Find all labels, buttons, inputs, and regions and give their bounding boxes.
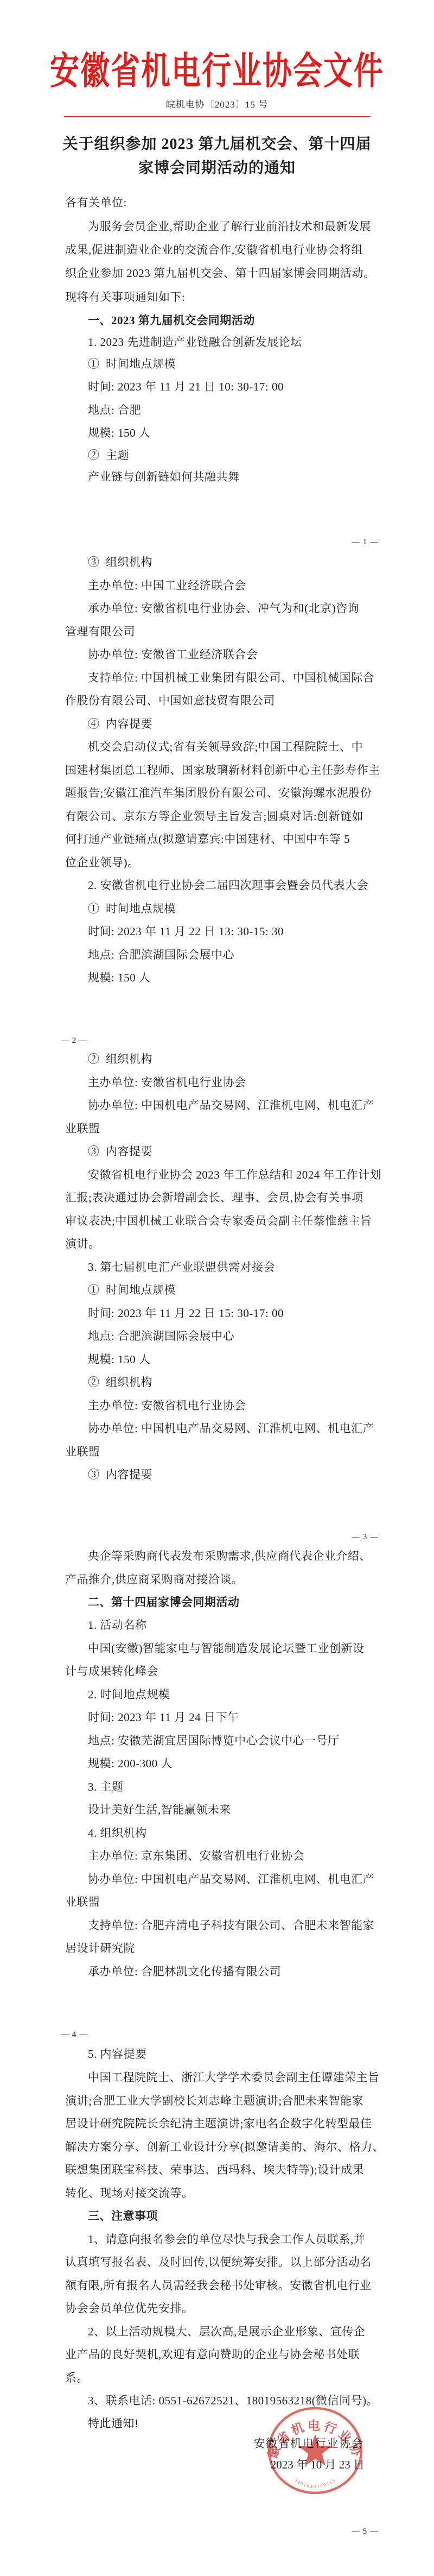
- doc-line: 产品推介,供应商采购商对接洽谈。: [65, 1571, 243, 1588]
- doc-line: 协办单位: 中国机电产品交易网、江淮机电网、机电汇产: [65, 1420, 374, 1437]
- doc-line: 规模: 150 人: [65, 969, 150, 986]
- doc-line: 时间: 2023 年 11 月 24 日下午: [65, 1709, 239, 1726]
- doc-line: 协办单位: 安徽省工业经济联合会: [65, 646, 258, 663]
- doc-line: 设计美好生活,智能赢领未来: [65, 1801, 231, 1818]
- doc-line: 地点: 合肥滨湖国际会展中心: [65, 946, 234, 963]
- section-heading: 一、2023 第九届机交会同期活动: [65, 312, 255, 329]
- doc-line: 汇报;表决通过协会新增副会长、理事、会员,协会有关事项: [65, 1189, 363, 1206]
- doc-line: 转化、现场对接交流等。: [65, 2184, 194, 2202]
- doc-line: 各有关单位:: [65, 194, 127, 211]
- doc-line: ① 时间地点规模: [65, 900, 176, 917]
- doc-line: 1. 活动名称: [65, 1616, 147, 1634]
- doc-line: ③ 组织机构: [65, 553, 152, 571]
- document-title-line1: 关于组织参加 2023 第九届机交会、第十四届: [0, 132, 434, 154]
- doc-line: 2. 时间地点规模: [65, 1686, 170, 1703]
- doc-line: 作股份有限公司、中国如意技贸有限公司: [65, 692, 275, 709]
- doc-line: 支持单位: 中国机械工业集团有限公司、中国机械国际合: [65, 669, 374, 686]
- doc-line: 地点: 合肥滨湖国际会展中心: [65, 1327, 234, 1345]
- doc-line: 有限公司、京东方等企业领导主旨发言;圆桌对话:创新链如: [65, 808, 363, 825]
- doc-line: 国建材集团总工程师、国家玻璃新材料创新中心主任彭寿作主: [65, 761, 380, 779]
- stamp-star-icon: [299, 2434, 332, 2466]
- doc-line: 管理有限公司: [65, 623, 135, 640]
- doc-line: 演讲;合肥工业大学副校长刘志峰主题演讲;合肥未来智能家: [65, 2092, 363, 2109]
- doc-line: 主办单位: 中国工业经济联合会: [65, 577, 246, 594]
- doc-line: 安徽省机电行业协会 2023 年工作总结和 2024 年工作计划: [65, 1166, 381, 1183]
- doc-line: 1. 2023 先进制造产业链融合创新发展论坛: [65, 333, 302, 351]
- doc-line: 系。: [65, 2369, 88, 2386]
- section-heading: 二、第十四届家博会同期活动: [65, 1594, 240, 1611]
- doc-line: 业联盟: [65, 1443, 100, 1460]
- doc-line: 居设计研究院院长余纪清主题演讲;家电名企数字化转型最佳: [65, 2115, 372, 2132]
- doc-line: 中国(安徽)智能家电与智能制造发展论坛暨工业创新设: [65, 1640, 364, 1657]
- doc-line: 业联盟: [65, 1120, 100, 1137]
- page-number: — 3 —: [352, 1533, 379, 1542]
- doc-line: 位企业领导)。: [65, 854, 139, 871]
- doc-line: 3. 第七届机电汇产业联盟供需对接会: [65, 1258, 275, 1276]
- doc-line: 特此通知!: [65, 2415, 139, 2432]
- doc-line: 产业链与创新链如何共融共舞: [65, 468, 240, 486]
- doc-line: 央企等采购商代表发布采购需求,供应商代表企业介绍、: [65, 1547, 371, 1565]
- doc-line: 时间: 2023 年 11 月 21 日 10: 30-17: 00: [65, 378, 284, 395]
- doc-line: 5. 内容提要: [65, 2045, 147, 2063]
- doc-line: ② 组织机构: [65, 1374, 152, 1391]
- doc-line: 3. 主题: [65, 1778, 124, 1796]
- doc-line: 计与成果转化峰会: [65, 1662, 158, 1680]
- doc-line: 规模: 150 人: [65, 1351, 150, 1368]
- doc-line: 时间: 2023 年 11 月 22 日 15: 30-17: 00: [65, 1305, 284, 1322]
- doc-line: 支持单位: 合肥卉清电子科技有限公司、合肥未来智能家: [65, 1917, 374, 1934]
- doc-line: 地点: 安徽芜湖宜居国际博览中心会议中心一号厅: [65, 1732, 340, 1749]
- doc-line: ① 时间地点规模: [65, 1281, 176, 1299]
- doc-line: 2. 安徽省机电行业协会二届四次理事会暨会员代表大会: [65, 877, 368, 894]
- doc-line: 审议表决;中国机械工业联合会专家委员会副主任蔡惟慈主旨: [65, 1212, 372, 1230]
- official-seal-stamp: 安徽省机电行业协会 3401040108115: [265, 2405, 366, 2498]
- doc-line: 协办单位: 中国机电产品交易网、江淮机电网、机电汇产: [65, 1097, 374, 1114]
- doc-line: 地点: 合肥: [65, 401, 141, 419]
- doc-line: 演讲。: [65, 1235, 100, 1252]
- doc-line: 主办单位: 京东集团、安徽省机电行业协会: [65, 1847, 304, 1865]
- doc-line: 1、请意向报名参会的单位尽快与我会工作人员联系,并: [65, 2231, 365, 2248]
- doc-line: 居设计研究院: [65, 1939, 135, 1957]
- doc-line: 成果,促进制造业企业的交流合作,安徽省机电行业协会将组: [65, 241, 363, 259]
- doc-line: 解决方案分享、创新工业设计分享(拟邀请美的、海尔、格力、: [65, 2138, 384, 2156]
- document-header-title: 安徽省机电行业协会文件: [0, 41, 434, 95]
- section-heading: 三、注意事项: [65, 2207, 158, 2225]
- page-number: — 4 —: [61, 2030, 88, 2039]
- doc-line: 业联盟: [65, 1893, 100, 1911]
- doc-line: 为服务会员企业,帮助企业了解行业前沿技术和最新发展: [65, 218, 371, 235]
- doc-line: 现将有关事项通知如下:: [65, 288, 185, 306]
- page-number: — 5 —: [352, 2527, 379, 2536]
- doc-line: 主办单位: 安徽省机电行业协会: [65, 1397, 246, 1414]
- doc-line: 织企业参加 2023 第九届机交会、第十四届家博会同期活动。: [65, 264, 375, 282]
- doc-line: 联想集团联宝科技、荣事达、西玛科、埃夫特等);设计成果: [65, 2161, 364, 2178]
- doc-line: 规模: 150 人: [65, 424, 150, 442]
- doc-line: 2、以上活动规模大、层次高,是展示企业形象、宣传企: [65, 2323, 365, 2340]
- doc-line: 中国工程院院士、浙江大学学术委员会副主任谭建荣主旨: [65, 2069, 380, 2086]
- doc-line: ① 时间地点规模: [65, 355, 176, 373]
- doc-line: ③ 内容提要: [65, 1143, 152, 1160]
- doc-line: 协办单位: 中国机电产品交易网、江淮机电网、机电汇产: [65, 1870, 374, 1888]
- doc-line: 承办单位: 安徽省机电行业协会、冲气为和(北京)咨询: [65, 600, 359, 617]
- page-number: — 2 —: [61, 1036, 88, 1045]
- doc-line: 题报告;安徽江淮汽车集团股份有限公司、安徽海螺水泥股份: [65, 784, 372, 802]
- doc-line: 认真填写报名表、及时回传,以便统筹安排。以上部分活动名: [65, 2253, 372, 2271]
- doc-line: ② 组织机构: [65, 1050, 152, 1068]
- doc-line: 额有限,所有报名人员需经我会秘书处审核。安徽省机电行业: [65, 2277, 372, 2294]
- doc-line: 时间: 2023 年 11 月 22 日 13: 30-15: 30: [65, 923, 284, 940]
- page-number: — 1 —: [352, 538, 379, 547]
- doc-line: 主办单位: 安徽省机电行业协会: [65, 1074, 246, 1091]
- doc-line: 协会会员单位优先安排。: [65, 2300, 194, 2317]
- doc-line: ② 主题: [65, 446, 129, 464]
- doc-line: 何打通产业链痛点(拟邀请嘉宾:中国建材、中国中车等 5: [65, 830, 350, 848]
- doc-line: ④ 内容提要: [65, 715, 152, 733]
- doc-line: 4. 组织机构: [65, 1824, 147, 1842]
- doc-line: 规模: 200-300 人: [65, 1755, 173, 1772]
- stamp-serial-number: 3401040108115: [293, 2477, 337, 2489]
- document-number: 皖机电协〔2023〕15 号: [0, 97, 434, 110]
- document-canvas: 安徽省机电行业协会文件 皖机电协〔2023〕15 号 关于组织参加 2023 第…: [0, 0, 434, 2576]
- document-title-line2: 家博会同期活动的通知: [0, 156, 434, 178]
- header-divider-line: [64, 116, 371, 117]
- doc-line: 业产品的良好契机,欢迎有意向赞助的企业与协会秘书处联: [65, 2346, 360, 2363]
- doc-line: 承办单位: 合肥林凯文化传播有限公司: [65, 1963, 281, 1980]
- doc-line: ③ 内容提要: [65, 1466, 152, 1483]
- doc-line: 机交会启动仪式;省有关领导致辞;中国工程院院士、中: [65, 738, 363, 755]
